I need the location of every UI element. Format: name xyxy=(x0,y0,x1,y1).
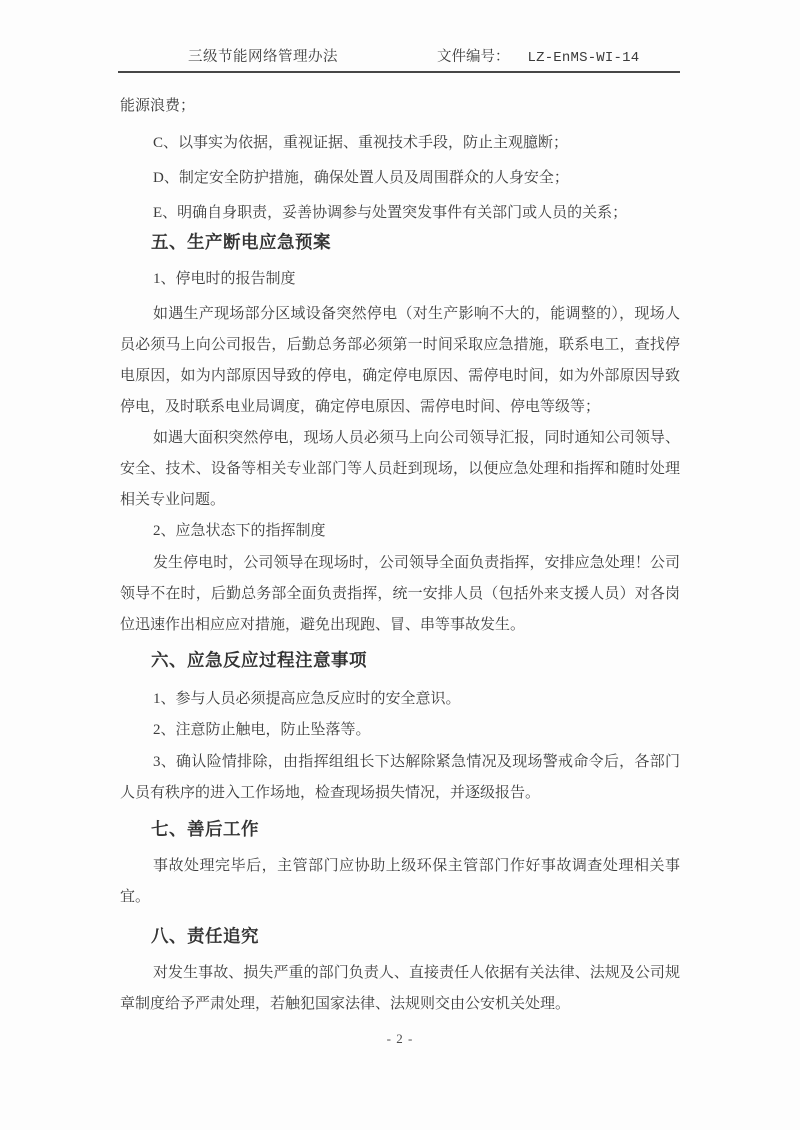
page-footer: - 2 - xyxy=(0,1031,800,1047)
document-page: 三级节能网络管理办法 文件编号： LZ-EnMS-WI-14 能源浪费； C、以… xyxy=(0,0,800,1130)
list-item-d: D、制定安全防护措施，确保处置人员及周围群众的人身安全； xyxy=(120,163,680,194)
section-heading-7: 七、善后工作 xyxy=(120,816,680,843)
paragraph-partial-outage: 如遇生产现场部分区域设备突然停电（对生产影响不大的，能调整的），现场人员必须马上… xyxy=(120,299,680,423)
section-heading-6: 六、应急反应过程注意事项 xyxy=(120,647,680,674)
paragraph-continuation: 能源浪费； xyxy=(120,91,680,122)
page-number: - 2 - xyxy=(387,1031,414,1046)
note-item-1: 1、参与人员必须提高应急反应时的安全意识。 xyxy=(120,684,680,715)
paragraph-command-detail: 发生停电时，公司领导在现场时，公司领导全面负责指挥，安排应急处理！公司领导不在时… xyxy=(120,548,680,641)
document-body: 能源浪费； C、以事实为依据，重视证据、重视技术手段，防止主观臆断； D、制定安… xyxy=(0,0,800,1020)
paragraph-large-outage: 如遇大面积突然停电，现场人员必须马上向公司领导汇报，同时通知公司领导、安全、技术… xyxy=(120,423,680,516)
list-item-e: E、明确自身职责，妥善协调参与处置突发事件有关部门或人员的关系； xyxy=(120,198,680,229)
paragraph-aftermath: 事故处理完毕后，主管部门应协助上级环保主管部门作好事故调查处理相关事宜。 xyxy=(120,851,680,913)
paragraph-accountability: 对发生事故、损失严重的部门负责人、直接责任人依据有关法律、法规及公司规章制度给予… xyxy=(120,958,680,1020)
subitem-2-command-system: 2、应急状态下的指挥制度 xyxy=(120,516,680,547)
note-item-2: 2、注意防止触电，防止坠落等。 xyxy=(120,715,680,746)
list-item-c: C、以事实为依据，重视证据、重视技术手段，防止主观臆断； xyxy=(120,128,680,159)
section-heading-8: 八、责任追究 xyxy=(120,923,680,950)
section-heading-5: 五、生产断电应急预案 xyxy=(120,229,680,256)
subitem-1-report-system: 1、停电时的报告制度 xyxy=(120,264,680,295)
note-item-3: 3、确认险情排除，由指挥组组长下达解除紧急情况及现场警戒命令后，各部门人员有秩序… xyxy=(120,747,680,809)
